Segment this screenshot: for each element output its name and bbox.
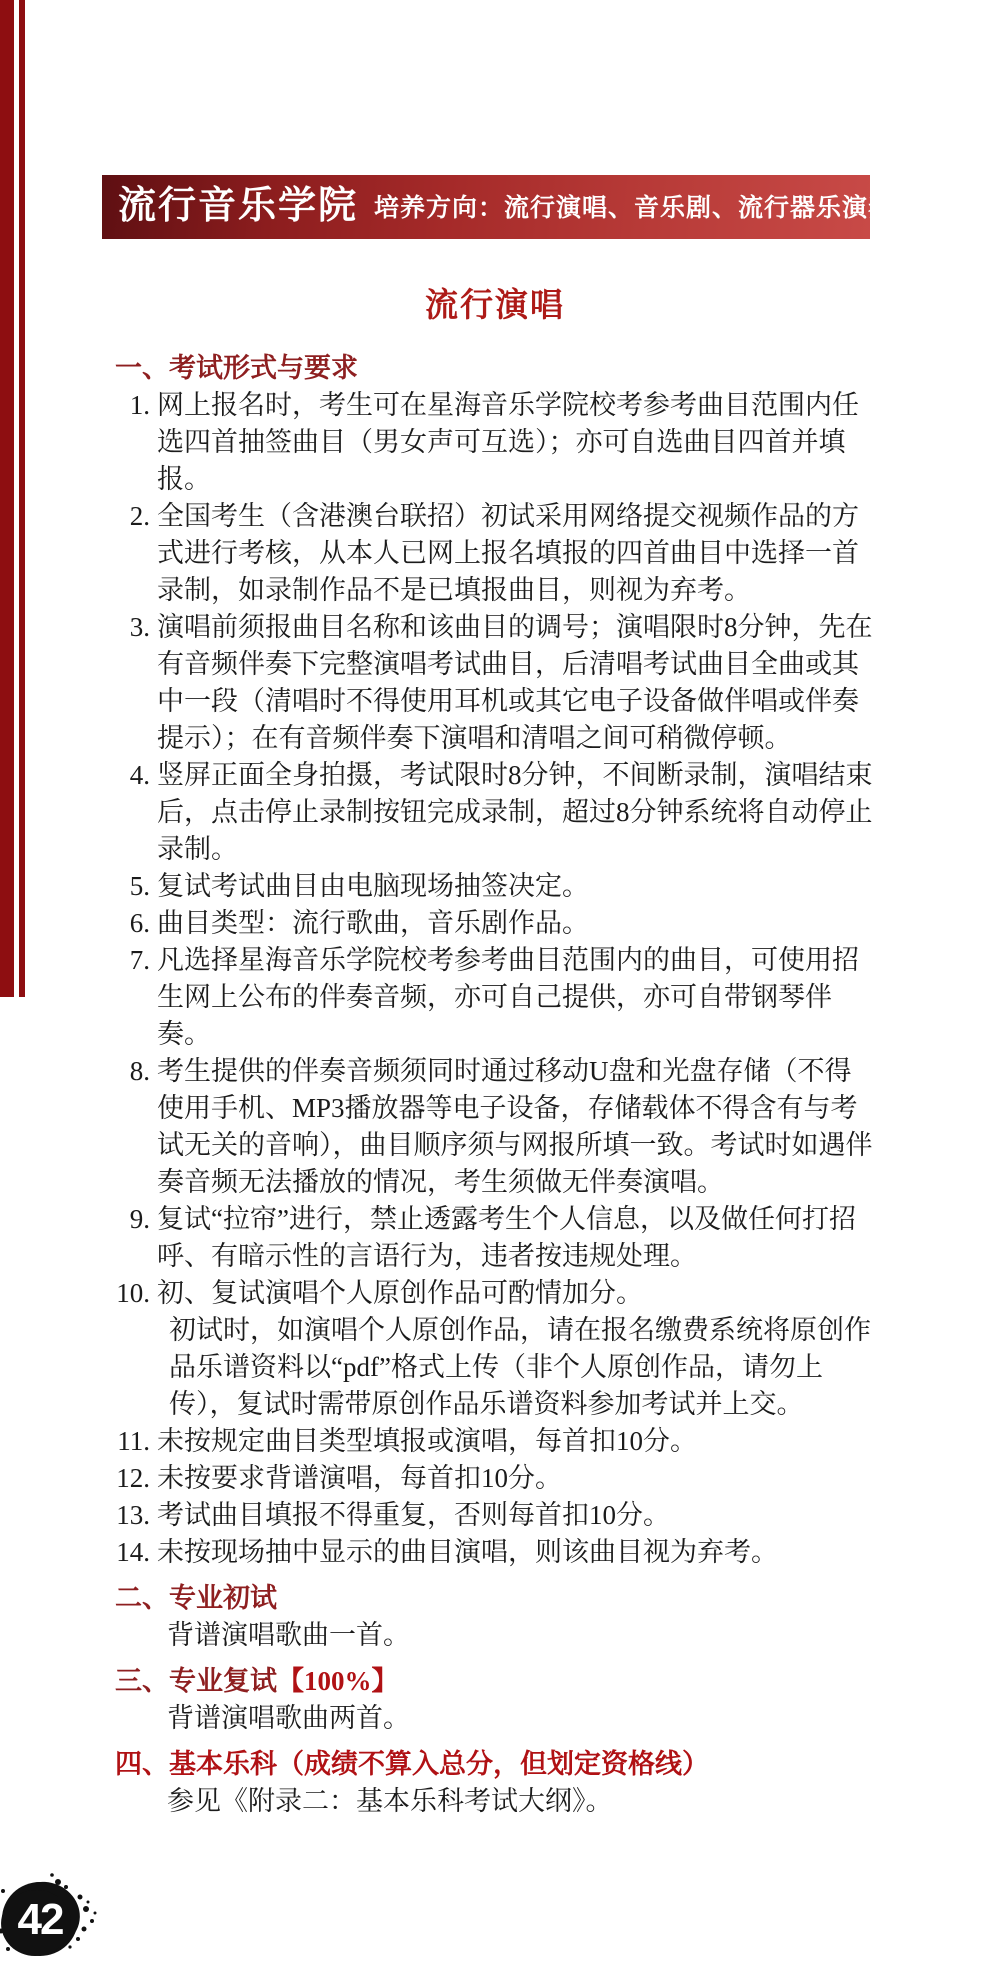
ink-splat-icon: 42 bbox=[0, 1869, 104, 1965]
requirement-item-number: 5. bbox=[100, 868, 157, 905]
requirement-item-paragraph: 曲目类型：流行歌曲，音乐剧作品。 bbox=[157, 905, 875, 942]
requirement-item-paragraph: 初、复试演唱个人原创作品可酌情加分。 bbox=[157, 1275, 875, 1312]
requirement-item: 3.演唱前须报曲目名称和该曲目的调号；演唱限时8分钟，先在有音频伴奏下完整演唱考… bbox=[100, 609, 890, 757]
requirement-item-number: 14. bbox=[100, 1534, 157, 1571]
requirement-item-paragraph: 考生提供的伴奏音频须同时通过移动U盘和光盘存储（不得使用手机、MP3播放器等电子… bbox=[157, 1053, 875, 1201]
requirement-item: 4.竖屏正面全身拍摄，考试限时8分钟，不间断录制，演唱结束后，点击停止录制按钮完… bbox=[100, 757, 890, 868]
requirement-item: 7.凡选择星海音乐学院校考参考曲目范围内的曲目，可使用招生网上公布的伴奏音频，亦… bbox=[100, 942, 890, 1053]
requirement-item-text: 考生提供的伴奏音频须同时通过移动U盘和光盘存储（不得使用手机、MP3播放器等电子… bbox=[157, 1053, 890, 1201]
requirement-item-paragraph: 考试曲目填报不得重复，否则每首扣10分。 bbox=[157, 1497, 875, 1534]
requirement-item-text: 凡选择星海音乐学院校考参考曲目范围内的曲目，可使用招生网上公布的伴奏音频，亦可自… bbox=[157, 942, 890, 1053]
requirement-item-number: 8. bbox=[100, 1053, 157, 1201]
college-banner: 流行音乐学院 培养方向：流行演唱、音乐剧、流行器乐演奏 bbox=[102, 175, 870, 239]
requirement-item: 2.全国考生（含港澳台联招）初试采用网络提交视频作品的方式进行考核，从本人已网上… bbox=[100, 498, 890, 609]
requirement-item-text: 未按现场抽中显示的曲目演唱，则该曲目视为弃考。 bbox=[157, 1534, 890, 1571]
requirement-item-paragraph: 竖屏正面全身拍摄，考试限时8分钟，不间断录制，演唱结束后，点击停止录制按钮完成录… bbox=[157, 757, 875, 868]
requirement-item-text: 未按规定曲目类型填报或演唱，每首扣10分。 bbox=[157, 1423, 890, 1460]
requirement-item-paragraph: 全国考生（含港澳台联招）初试采用网络提交视频作品的方式进行考核，从本人已网上报名… bbox=[157, 498, 875, 609]
left-accent-stripe-thick bbox=[0, 0, 14, 997]
requirement-item-number: 13. bbox=[100, 1497, 157, 1534]
requirement-item-text: 考试曲目填报不得重复，否则每首扣10分。 bbox=[157, 1497, 890, 1534]
exam-requirements-list: 1.网上报名时，考生可在星海音乐学院校考参考曲目范围内任选四首抽签曲目（男女声可… bbox=[100, 387, 890, 1571]
requirement-item-number: 11. bbox=[100, 1423, 157, 1460]
requirement-item-text: 复试考试曲目由电脑现场抽签决定。 bbox=[157, 868, 890, 905]
requirement-item-text: 演唱前须报曲目名称和该曲目的调号；演唱限时8分钟，先在有音频伴奏下完整演唱考试曲… bbox=[157, 609, 890, 757]
section-heading-exam-requirements: 一、考试形式与要求 bbox=[115, 350, 890, 387]
page-number-text: 42 bbox=[18, 1895, 63, 1944]
requirement-item-number: 6. bbox=[100, 905, 157, 942]
requirement-item: 1.网上报名时，考生可在星海音乐学院校考参考曲目范围内任选四首抽签曲目（男女声可… bbox=[100, 387, 890, 498]
requirement-item-paragraph: 复试“拉帘”进行，禁止透露考生个人信息，以及做任何打招呼、有暗示性的言语行为，违… bbox=[157, 1201, 875, 1275]
requirement-item: 9.复试“拉帘”进行，禁止透露考生个人信息，以及做任何打招呼、有暗示性的言语行为… bbox=[100, 1201, 890, 1275]
requirement-item-number: 3. bbox=[100, 609, 157, 757]
requirement-item-paragraph: 未按现场抽中显示的曲目演唱，则该曲目视为弃考。 bbox=[157, 1534, 875, 1571]
requirement-item: 6.曲目类型：流行歌曲，音乐剧作品。 bbox=[100, 905, 890, 942]
requirement-item-number: 1. bbox=[100, 387, 157, 498]
requirement-item-number: 4. bbox=[100, 757, 157, 868]
requirement-item-number: 12. bbox=[100, 1460, 157, 1497]
requirement-item-paragraph: 未按规定曲目类型填报或演唱，每首扣10分。 bbox=[157, 1423, 875, 1460]
final-exam-body: 背谱演唱歌曲两首。 bbox=[100, 1700, 890, 1737]
requirement-item-text: 初、复试演唱个人原创作品可酌情加分。初试时，如演唱个人原创作品，请在报名缴费系统… bbox=[157, 1275, 890, 1423]
requirement-item: 10.初、复试演唱个人原创作品可酌情加分。初试时，如演唱个人原创作品，请在报名缴… bbox=[100, 1275, 890, 1423]
basic-music-theory-body: 参见《附录二：基本乐科考试大纲》。 bbox=[100, 1783, 890, 1820]
section-heading-final-exam: 三、专业复试【100%】 bbox=[115, 1663, 890, 1700]
section-heading-preliminary-exam: 二、专业初试 bbox=[115, 1580, 890, 1617]
requirement-item: 5.复试考试曲目由电脑现场抽签决定。 bbox=[100, 868, 890, 905]
college-name: 流行音乐学院 bbox=[118, 187, 358, 225]
left-accent-stripe-thin bbox=[19, 0, 25, 997]
section-heading-basic-music-theory: 四、基本乐科（成绩不算入总分，但划定资格线） bbox=[115, 1746, 890, 1783]
requirement-item-text: 竖屏正面全身拍摄，考试限时8分钟，不间断录制，演唱结束后，点击停止录制按钮完成录… bbox=[157, 757, 890, 868]
page-number-badge: 42 bbox=[0, 1869, 104, 1965]
requirement-item-number: 9. bbox=[100, 1201, 157, 1275]
requirement-item-number: 2. bbox=[100, 498, 157, 609]
requirement-item-paragraph: 复试考试曲目由电脑现场抽签决定。 bbox=[157, 868, 875, 905]
requirement-item: 11.未按规定曲目类型填报或演唱，每首扣10分。 bbox=[100, 1423, 890, 1460]
requirement-item-paragraph: 未按要求背谱演唱，每首扣10分。 bbox=[157, 1460, 875, 1497]
requirement-item-number: 10. bbox=[100, 1275, 157, 1423]
requirement-item-text: 网上报名时，考生可在星海音乐学院校考参考曲目范围内任选四首抽签曲目（男女声可互选… bbox=[157, 387, 890, 498]
page-title: 流行演唱 bbox=[100, 284, 890, 328]
college-majors-subtitle: 培养方向：流行演唱、音乐剧、流行器乐演奏 bbox=[374, 196, 894, 221]
requirement-item-number: 7. bbox=[100, 942, 157, 1053]
requirement-item: 14.未按现场抽中显示的曲目演唱，则该曲目视为弃考。 bbox=[100, 1534, 890, 1571]
requirement-item-text: 复试“拉帘”进行，禁止透露考生个人信息，以及做任何打招呼、有暗示性的言语行为，违… bbox=[157, 1201, 890, 1275]
requirement-item-paragraph: 网上报名时，考生可在星海音乐学院校考参考曲目范围内任选四首抽签曲目（男女声可互选… bbox=[157, 387, 875, 498]
requirement-item-note: 初试时，如演唱个人原创作品，请在报名缴费系统将原创作品乐谱资料以“pdf”格式上… bbox=[169, 1312, 875, 1423]
requirement-item-paragraph: 演唱前须报曲目名称和该曲目的调号；演唱限时8分钟，先在有音频伴奏下完整演唱考试曲… bbox=[157, 609, 875, 757]
requirement-item: 12.未按要求背谱演唱，每首扣10分。 bbox=[100, 1460, 890, 1497]
document-page: { "banner": { "title": "流行音乐学院", "subtit… bbox=[0, 0, 982, 1965]
requirement-item-text: 全国考生（含港澳台联招）初试采用网络提交视频作品的方式进行考核，从本人已网上报名… bbox=[157, 498, 890, 609]
requirement-item: 13.考试曲目填报不得重复，否则每首扣10分。 bbox=[100, 1497, 890, 1534]
preliminary-exam-body: 背谱演唱歌曲一首。 bbox=[100, 1617, 890, 1654]
final-exam-heading-label: 三、专业复试 bbox=[115, 1666, 277, 1696]
document-content: 流行演唱 一、考试形式与要求 1.网上报名时，考生可在星海音乐学院校考参考曲目范… bbox=[100, 262, 890, 1820]
final-exam-weight-badge: 【100%】 bbox=[277, 1666, 399, 1696]
requirement-item-paragraph: 凡选择星海音乐学院校考参考曲目范围内的曲目，可使用招生网上公布的伴奏音频，亦可自… bbox=[157, 942, 875, 1053]
requirement-item-text: 曲目类型：流行歌曲，音乐剧作品。 bbox=[157, 905, 890, 942]
requirement-item-text: 未按要求背谱演唱，每首扣10分。 bbox=[157, 1460, 890, 1497]
requirement-item: 8.考生提供的伴奏音频须同时通过移动U盘和光盘存储（不得使用手机、MP3播放器等… bbox=[100, 1053, 890, 1201]
